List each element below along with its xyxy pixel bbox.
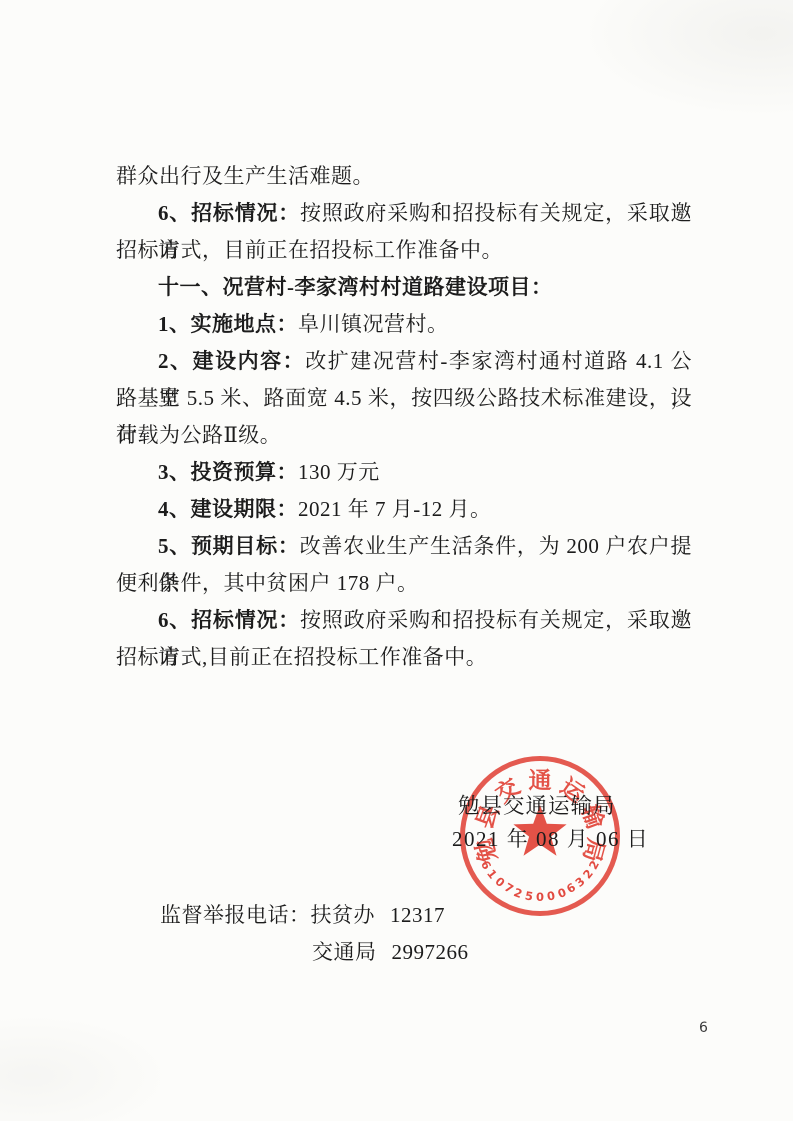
signature-agency: 勉县交通运输局 <box>458 789 616 820</box>
text-line: 1、实施地点：阜川镇况营村。 <box>116 306 692 343</box>
text-line: 6、招标情况：按照政府采购和招投标有关规定，采取邀请 <box>116 602 692 639</box>
text-line-body: 130 万元 <box>298 460 380 484</box>
text-line-label: 1、实施地点： <box>158 312 298 336</box>
text-line-label: 十一、况营村-李家湾村村道路建设项目： <box>158 275 553 299</box>
text-line: 6、招标情况：按照政府采购和招投标有关规定，采取邀请 <box>116 195 692 232</box>
text-line-body: 阜川镇况营村。 <box>298 312 449 336</box>
signature-date: 2021 年 08 月 06 日 <box>452 823 649 853</box>
contact-line-2: 交通局2997266 <box>160 934 469 971</box>
page-number: 6 <box>699 1020 708 1036</box>
text-line: 4、建设期限：2021 年 7 月-12 月。 <box>116 491 692 528</box>
text-line: 5、预期目标：改善农业生产生活条件，为 200 户农户提供 <box>116 528 692 565</box>
text-line-label: 5、预期目标： <box>158 534 300 558</box>
contact-label: 监督举报电话： <box>160 903 311 927</box>
text-line: 荷载为公路Ⅱ级。 <box>116 417 692 454</box>
text-line-body: 荷载为公路Ⅱ级。 <box>116 423 281 447</box>
contact-number-1: 12317 <box>390 903 445 927</box>
text-line: 路基宽 5.5 米、路面宽 4.5 米，按四级公路技术标准建设，设计 <box>116 380 692 417</box>
text-line: 招标方式，目前正在招投标工作准备中。 <box>116 232 692 269</box>
document-page: 群众出行及生产生活难题。6、招标情况：按照政府采购和招投标有关规定，采取邀请招标… <box>0 0 793 1121</box>
text-line-label: 6、招标情况： <box>158 608 300 632</box>
text-line: 3、投资预算：130 万元 <box>116 454 692 491</box>
text-line-body: 群众出行及生产生活难题。 <box>116 164 374 188</box>
text-line: 群众出行及生产生活难题。 <box>116 158 692 195</box>
text-line-body: 招标方式,目前正在招投标工作准备中。 <box>116 645 487 669</box>
text-line-label: 6、招标情况： <box>158 201 300 225</box>
contact-number-2: 2997266 <box>392 940 469 964</box>
contact-line-1: 监督举报电话：扶贫办12317 <box>160 897 469 934</box>
text-line-label: 3、投资预算： <box>158 460 298 484</box>
text-line: 便利条件，其中贫困户 178 户。 <box>116 565 692 602</box>
text-line-label: 2、建设内容： <box>158 349 305 373</box>
text-line-body: 便利条件，其中贫困户 178 户。 <box>116 571 419 595</box>
contact-block: 监督举报电话：扶贫办12317 交通局2997266 <box>160 897 469 971</box>
text-line: 十一、况营村-李家湾村村道路建设项目： <box>116 269 692 306</box>
text-line: 招标方式,目前正在招投标工作准备中。 <box>116 639 692 676</box>
contact-org-2: 交通局 <box>312 940 377 964</box>
text-line-body: 招标方式，目前正在招投标工作准备中。 <box>116 238 503 262</box>
text-line-body: 2021 年 7 月-12 月。 <box>298 497 492 521</box>
text-line-label: 4、建设期限： <box>158 497 298 521</box>
text-line: 2、建设内容：改扩建况营村-李家湾村通村道路 4.1 公里， <box>116 343 692 380</box>
contact-org-1: 扶贫办 <box>311 903 376 927</box>
document-body: 群众出行及生产生活难题。6、招标情况：按照政府采购和招投标有关规定，采取邀请招标… <box>116 158 692 676</box>
